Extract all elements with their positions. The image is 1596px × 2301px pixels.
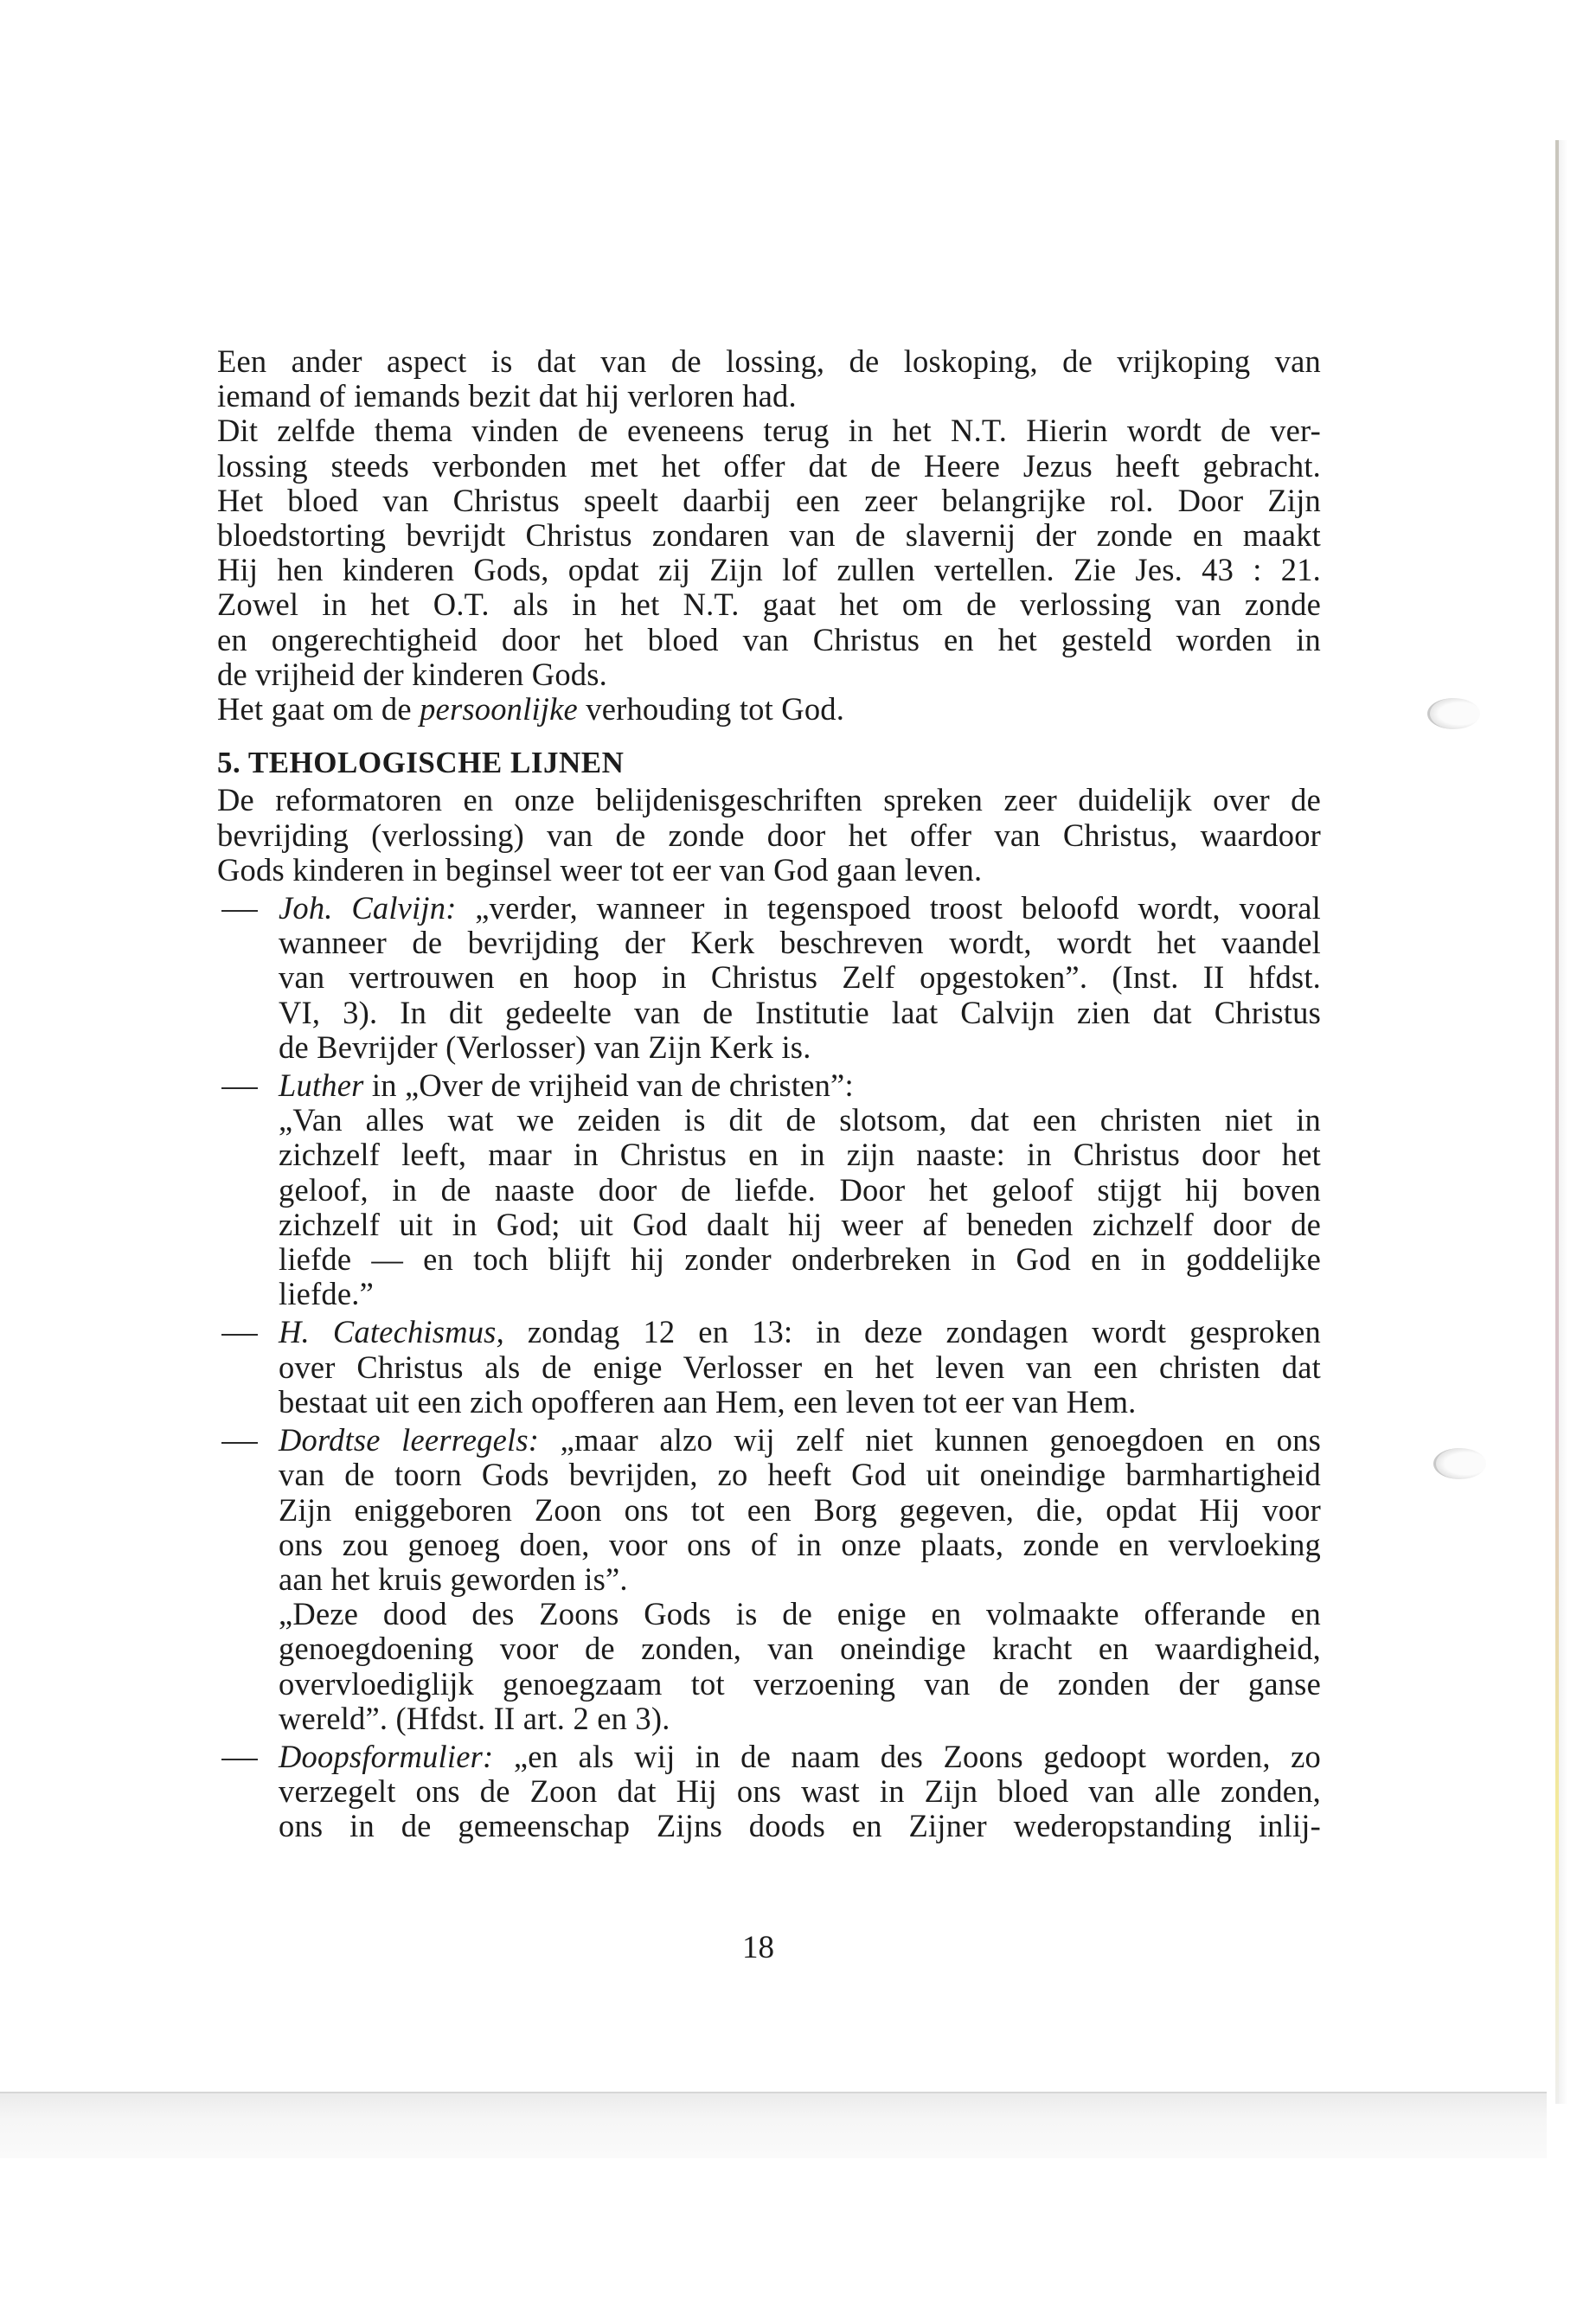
text-line: wereld”. (Hfdst. II art. 2 en 3). — [279, 1702, 1321, 1736]
paragraph-nt-theme: Dit zelfde thema vinden de eveneens teru… — [217, 413, 1321, 692]
source-name: Joh. Calvijn: — [279, 890, 457, 926]
punch-hole-icon — [1433, 1448, 1486, 1479]
scan-page-edge-shadow — [1559, 140, 1567, 2104]
text-line: bevrijding (verlossing) van de zonde doo… — [217, 818, 1321, 853]
text-line: genoegdoening voor de zonden, van oneind… — [279, 1631, 1321, 1666]
text-line: „Van alles wat we zeiden is dit de slots… — [279, 1103, 1321, 1138]
text-span: „maar alzo wij zelf niet kunnen genoegdo… — [539, 1422, 1321, 1458]
paragraph-lossing: Een ander aspect is dat van de lossing, … — [217, 344, 1321, 413]
text-line: Luther in „Over de vrijheid van de chris… — [279, 1068, 1321, 1103]
text-span: „verder, wanneer in tegenspoed troost be… — [457, 890, 1321, 926]
text-span: in „Over de vrijheid van de christen”: — [364, 1067, 854, 1103]
text-line: liefde.” — [279, 1277, 1321, 1311]
paragraph-persoonlijke: Het gaat om de persoonlijke verhouding t… — [217, 692, 1321, 727]
text-line: Dordtse leerregels: „maar alzo wij zelf … — [279, 1423, 1321, 1458]
list-item-doopsformulier: Doopsformulier: „en als wij in de naam d… — [217, 1740, 1321, 1844]
list-item-luther: Luther in „Over de vrijheid van de chris… — [217, 1068, 1321, 1311]
document-body: Een ander aspect is dat van de lossing, … — [217, 344, 1321, 1844]
list-item-calvijn: Joh. Calvijn: „verder, wanneer in tegens… — [217, 891, 1321, 1065]
text-line: van de toorn Gods bevrijden, zo heeft Go… — [279, 1458, 1321, 1492]
text-line: overvloediglijk genoegzaam tot verzoenin… — [279, 1667, 1321, 1702]
paragraph-intro: De reformatoren en onze belijdenisgeschr… — [217, 783, 1321, 888]
source-name: Dordtse leerregels: — [279, 1422, 539, 1458]
text-line: bloedstorting bevrijdt Christus zondaren… — [217, 518, 1321, 553]
text-line: wanneer de bevrijding der Kerk beschreve… — [279, 926, 1321, 960]
text-line: H. Catechismus, zondag 12 en 13: in deze… — [279, 1315, 1321, 1349]
text-line: lossing steeds verbonden met het offer d… — [217, 449, 1321, 484]
text-line: „Deze dood des Zoons Gods is de enige en… — [279, 1597, 1321, 1631]
text-line: de Bevrijder (Verlosser) van Zijn Kerk i… — [279, 1030, 1321, 1065]
list-item-dordtse-leerregels: Dordtse leerregels: „maar alzo wij zelf … — [217, 1423, 1321, 1736]
punch-hole-icon — [1427, 698, 1480, 729]
text-line: De reformatoren en onze belijdenisgeschr… — [217, 783, 1321, 817]
text-line: ons zou genoeg doen, voor ons of in onze… — [279, 1528, 1321, 1562]
text-line: Hij hen kinderen Gods, opdat zij Zijn lo… — [217, 553, 1321, 587]
section-heading: 5. TEHOLOGISCHE LIJNEN — [217, 746, 1321, 780]
text-line: van vertrouwen en hoop in Christus Zelf … — [279, 960, 1321, 995]
text-line: aan het kruis geworden is”. — [279, 1562, 1321, 1597]
text-line: VI, 3). In dit gedeelte van de Instituti… — [279, 996, 1321, 1030]
text-line: Doopsformulier: „en als wij in de naam d… — [279, 1740, 1321, 1774]
scan-page-edge — [1555, 140, 1559, 2104]
list-item-catechismus: H. Catechismus, zondag 12 en 13: in deze… — [217, 1315, 1321, 1420]
text-line: en ongerechtigheid door het bloed van Ch… — [217, 623, 1321, 657]
text-line: Dit zelfde thema vinden de eveneens teru… — [217, 413, 1321, 448]
text-span: zondag 12 en 13: in deze zondagen wordt … — [504, 1314, 1321, 1349]
text-line: over Christus als de enige Verlosser en … — [279, 1350, 1321, 1385]
scan-bottom-edge — [0, 2092, 1547, 2158]
source-name: Doopsformulier: — [279, 1739, 493, 1774]
text-line: geloof, in de naaste door de liefde. Doo… — [279, 1173, 1321, 1208]
text-line: bestaat uit een zich opofferen aan Hem, … — [279, 1385, 1321, 1420]
text-span: verhouding tot God. — [578, 691, 844, 727]
source-name: H. Catechismus, — [279, 1314, 504, 1349]
text-span: „en als wij in de naam des Zoons gedoopt… — [493, 1739, 1321, 1774]
text-line: ons in de gemeenschap Zijns doods en Zij… — [279, 1809, 1321, 1843]
text-line: zichzelf uit in God; uit God daalt hij w… — [279, 1208, 1321, 1242]
text-line: Joh. Calvijn: „verder, wanneer in tegens… — [279, 891, 1321, 926]
text-line: iemand of iemands bezit dat hij verloren… — [217, 379, 1321, 413]
text-line: Zowel in het O.T. als in het N.T. gaat h… — [217, 587, 1321, 622]
text-line: liefde — en toch blijft hij zonder onder… — [279, 1242, 1321, 1277]
text-line: Zijn eniggeboren Zoon ons tot een Borg g… — [279, 1493, 1321, 1528]
source-name: Luther — [279, 1067, 364, 1103]
text-span: Het gaat om de — [217, 691, 420, 727]
text-line: zichzelf leeft, maar in Christus en in z… — [279, 1138, 1321, 1172]
emphasis: persoonlijke — [420, 691, 578, 727]
text-line: Het gaat om de persoonlijke verhouding t… — [217, 692, 1321, 727]
text-line: Het bloed van Christus speelt daarbij ee… — [217, 484, 1321, 518]
text-line: Gods kinderen in beginsel weer tot eer v… — [217, 853, 1321, 888]
text-line: Een ander aspect is dat van de lossing, … — [217, 344, 1321, 379]
page-number: 18 — [742, 1929, 774, 1966]
text-line: verzegelt ons de Zoon dat Hij ons wast i… — [279, 1774, 1321, 1809]
text-line: de vrijheid der kinderen Gods. — [217, 657, 1321, 692]
